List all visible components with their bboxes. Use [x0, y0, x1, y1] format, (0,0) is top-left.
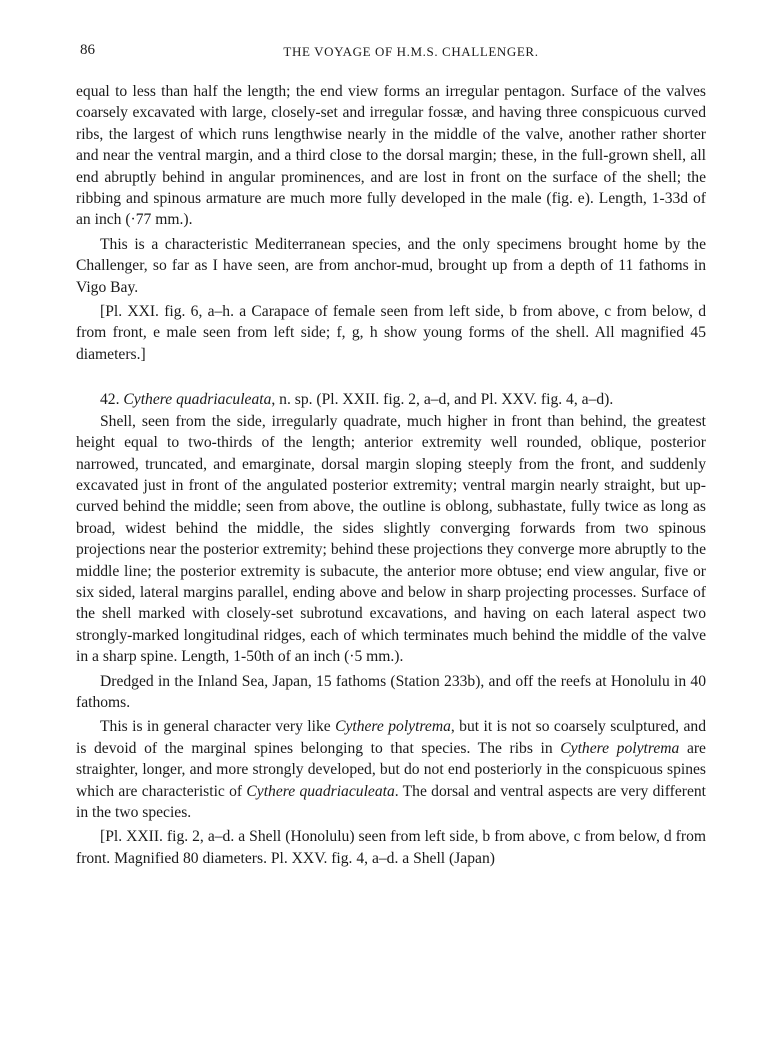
running-title: THE VOYAGE OF H.M.S. CHALLENGER.: [76, 44, 706, 60]
species-name-ref: Cythere polytrema: [335, 718, 451, 735]
species-number: 42.: [100, 391, 120, 408]
paragraph-description-end: equal to less than half the length; the …: [76, 81, 706, 231]
species-heading: 42. Cythere quadriaculeata, n. sp. (Pl. …: [76, 389, 706, 410]
paragraph-locality: Dredged in the Inland Sea, Japan, 15 fat…: [76, 671, 706, 714]
running-head: 86 THE VOYAGE OF H.M.S. CHALLENGER.: [76, 40, 706, 64]
paragraph-plate-reference-2: [Pl. XXII. fig. 2, a–d. a Shell (Honolul…: [76, 826, 706, 869]
paragraph-comparison: This is in general character very like C…: [76, 716, 706, 823]
body-text: equal to less than half the length; the …: [76, 81, 706, 869]
species-name: Cythere quadriaculeata: [123, 391, 271, 408]
paragraph-plate-reference: [Pl. XXI. fig. 6, a–h. a Carapace of fem…: [76, 301, 706, 365]
paragraph-distribution: This is a characteristic Mediterranean s…: [76, 234, 706, 298]
document-page: 86 THE VOYAGE OF H.M.S. CHALLENGER. equa…: [76, 40, 706, 869]
paragraph-species-description: Shell, seen from the side, irregularly q…: [76, 411, 706, 668]
species-heading-rest: , n. sp. (Pl. XXII. fig. 2, a–d, and Pl.…: [271, 391, 613, 408]
species-name-ref: Cythere polytrema: [560, 740, 679, 757]
species-name-ref: Cythere quadriaculeata: [246, 783, 394, 800]
